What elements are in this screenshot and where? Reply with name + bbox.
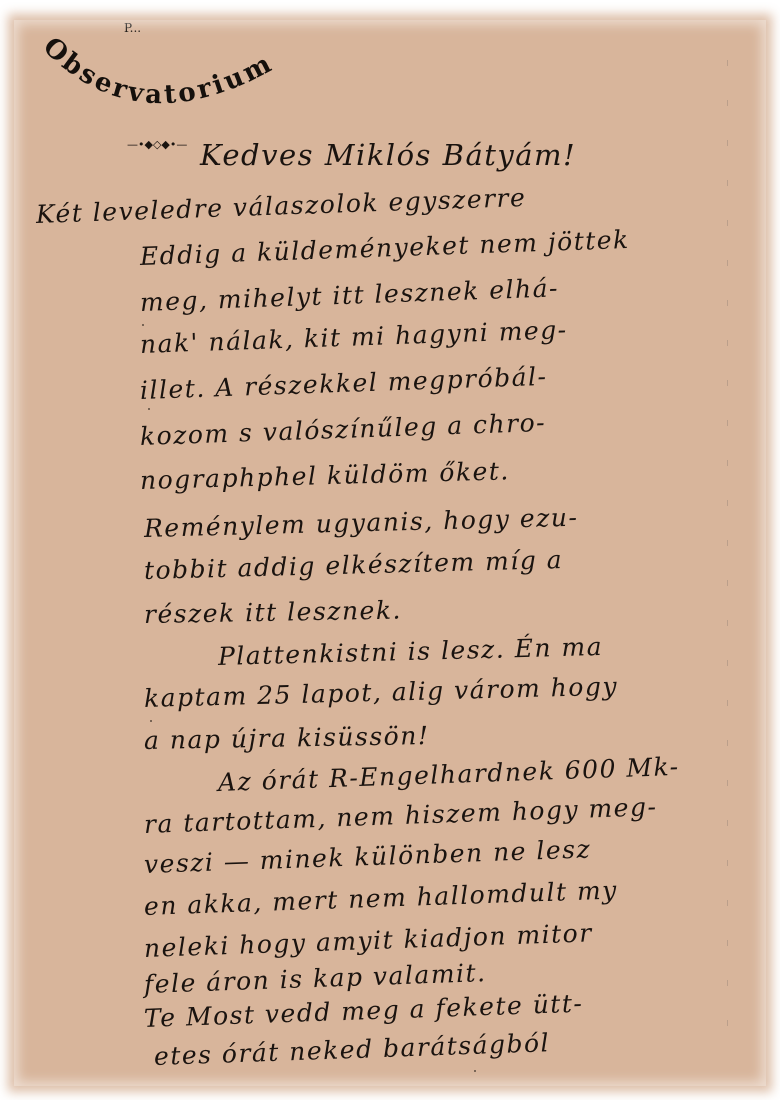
svg-text:Observatorium: Observatorium (37, 32, 279, 111)
letter-line-17: en akka, mert nem hallomdult my (143, 875, 618, 921)
letter-line-13: a nap újra kisüssön! (144, 721, 430, 755)
letter-line-8: Reménylem ugyanis, hogy ezu- (144, 503, 579, 543)
letterhead-fragment: P... (124, 21, 141, 35)
letter-line-1: Két leveledre válaszolok egyszerre (35, 183, 526, 229)
page-edge-marks (727, 60, 728, 1060)
ink-speck (142, 324, 144, 326)
letter-line-15: ra tartottam, nem hiszem hogy meg- (143, 792, 657, 839)
salutation: Kedves Miklós Bátyám! (200, 138, 576, 172)
letter-line-18: neleki hogy amyit kiadjon mitor (143, 918, 593, 963)
ink-speck (148, 408, 150, 410)
letter-line-11: Plattenkistni is lesz. Én ma (218, 632, 604, 671)
letter-line-12: kaptam 25 lapot, alig várom hogy (144, 672, 619, 713)
letter-line-3: meg, mihelyt itt lesznek elhá- (139, 273, 559, 317)
letter-line-9: tobbit addig elkészítem míg a (144, 545, 564, 585)
letter-line-6: kozom s valószínűleg a chro- (139, 408, 546, 451)
letterhead: Observatorium P... (32, 28, 322, 138)
letter-line-4: nak' nálak, kit mi hagyni meg- (139, 315, 568, 359)
letter-line-14: Az órát R-Engelhardnek 600 Mk- (217, 752, 680, 797)
letter-line-7: nographphel küldöm őket. (140, 456, 511, 495)
letter-line-21: etes órát neked barátságból (153, 1028, 550, 1071)
letter-line-2: Eddig a küldeményeket nem jöttek (139, 225, 630, 271)
observatorium-arc-heading: Observatorium P... (32, 28, 322, 138)
letter-line-16: veszi — minek különben ne lesz (143, 834, 591, 879)
letter-line-10: részek itt lesznek. (144, 596, 402, 629)
ink-speck (150, 720, 152, 722)
institution-name: Observatorium (37, 32, 279, 111)
ink-speck (474, 1070, 476, 1072)
letter-line-5: illet. A részekkel megpróbál- (139, 362, 547, 405)
letter-paper: Observatorium P... —•◆◇◆•— Kedves Miklós… (14, 20, 766, 1086)
ornament-divider: —•◆◇◆•— (127, 138, 207, 152)
